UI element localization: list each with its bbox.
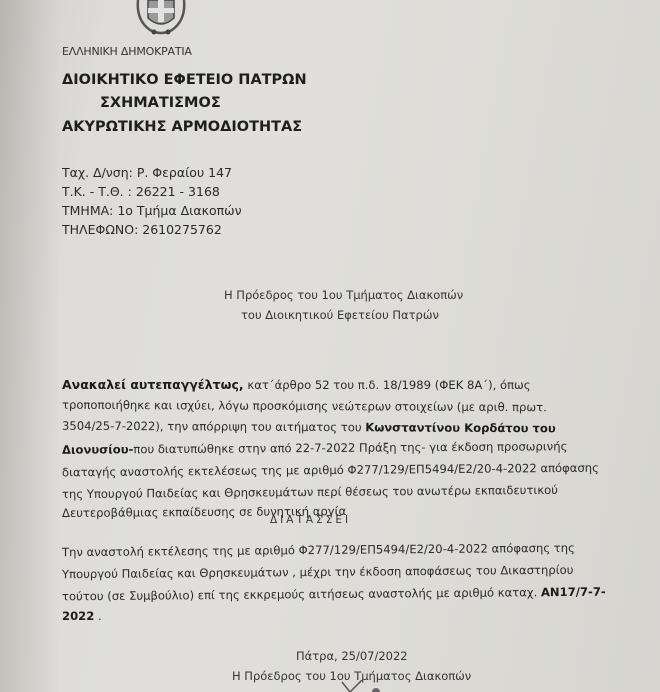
body-line: 2022 . bbox=[62, 609, 102, 623]
body-line: τροποποιήθηκε και ισχύει, λόγω προσκόμισ… bbox=[62, 398, 547, 415]
body-line: Υπουργού Παιδείας και Θρησκευμάτων , μέχ… bbox=[62, 563, 574, 581]
issuer-line1: Η Πρόεδρος του 1ου Τμήματος Διακοπών bbox=[224, 288, 463, 302]
issuer-line2: του Διοικητικού Εφετείου Πατρών bbox=[241, 308, 439, 322]
page-shadow bbox=[0, 0, 60, 692]
signature-mark bbox=[340, 680, 390, 692]
republic-heading: ΕΛΛΗΝΙΚΗ ΔΗΜΟΚΡΑΤΙΑ bbox=[62, 45, 192, 58]
postal-code: Τ.Κ. - Τ.Θ. : 26221 - 3168 bbox=[62, 184, 220, 199]
postal-address: Ταχ. Δ/νση: Ρ. Φεραίου 147 bbox=[62, 165, 232, 180]
case-number: ΑΝ17/7-7- bbox=[541, 585, 606, 600]
revocation-verb: Ανακαλεί αυτεπαγγέλτως, bbox=[62, 377, 244, 392]
court-formation: ΣΧΗΜΑΤΙΣΜΟΣ bbox=[100, 95, 221, 111]
department: ΤΜΗΜΑ: 1ο Τμήμα Διακοπών bbox=[62, 203, 242, 218]
phone-number: ΤΗΛΕΦΩΝΟ: 2610275762 bbox=[62, 222, 222, 237]
body-line: 3504/25-7-2022), την απόρριψη του αιτήμα… bbox=[62, 419, 556, 436]
court-name: ΔΙΟΙΚΗΤΙΚΟ ΕΦΕΤΕΙΟ ΠΑΤΡΩΝ bbox=[62, 72, 307, 88]
court-jurisdiction: ΑΚΥΡΩΤΙΚΗΣ ΑΡΜΟΔΙΟΤΗΤΑΣ bbox=[62, 119, 302, 135]
applicant-name: Κωνσταντίνου Κορδάτου του bbox=[365, 420, 556, 435]
body-line: τούτου (σε Συμβούλιο) επί της εκκρεμούς … bbox=[62, 585, 606, 604]
greek-coat-of-arms-icon bbox=[132, 0, 190, 36]
body-line: Διονυσίου-που διατυπώθηκε στην από 22-7-… bbox=[62, 439, 567, 457]
place-date: Πάτρα, 25/07/2022 bbox=[296, 649, 408, 663]
body-line: της Υπουργού Παιδείας και Θρησκευμάτων π… bbox=[62, 483, 558, 501]
body-line: Ανακαλεί αυτεπαγγέλτως, κατ΄άρθρο 52 του… bbox=[62, 377, 531, 392]
body-line: διαταγής αναστολής εκτελέσεως της με αρι… bbox=[62, 461, 599, 480]
body-line: Την αναστολή εκτέλεσης της με αριθμό Φ27… bbox=[62, 541, 575, 559]
orders-heading: ΔΙΑΤΑΣΣΕΙ bbox=[270, 514, 351, 526]
